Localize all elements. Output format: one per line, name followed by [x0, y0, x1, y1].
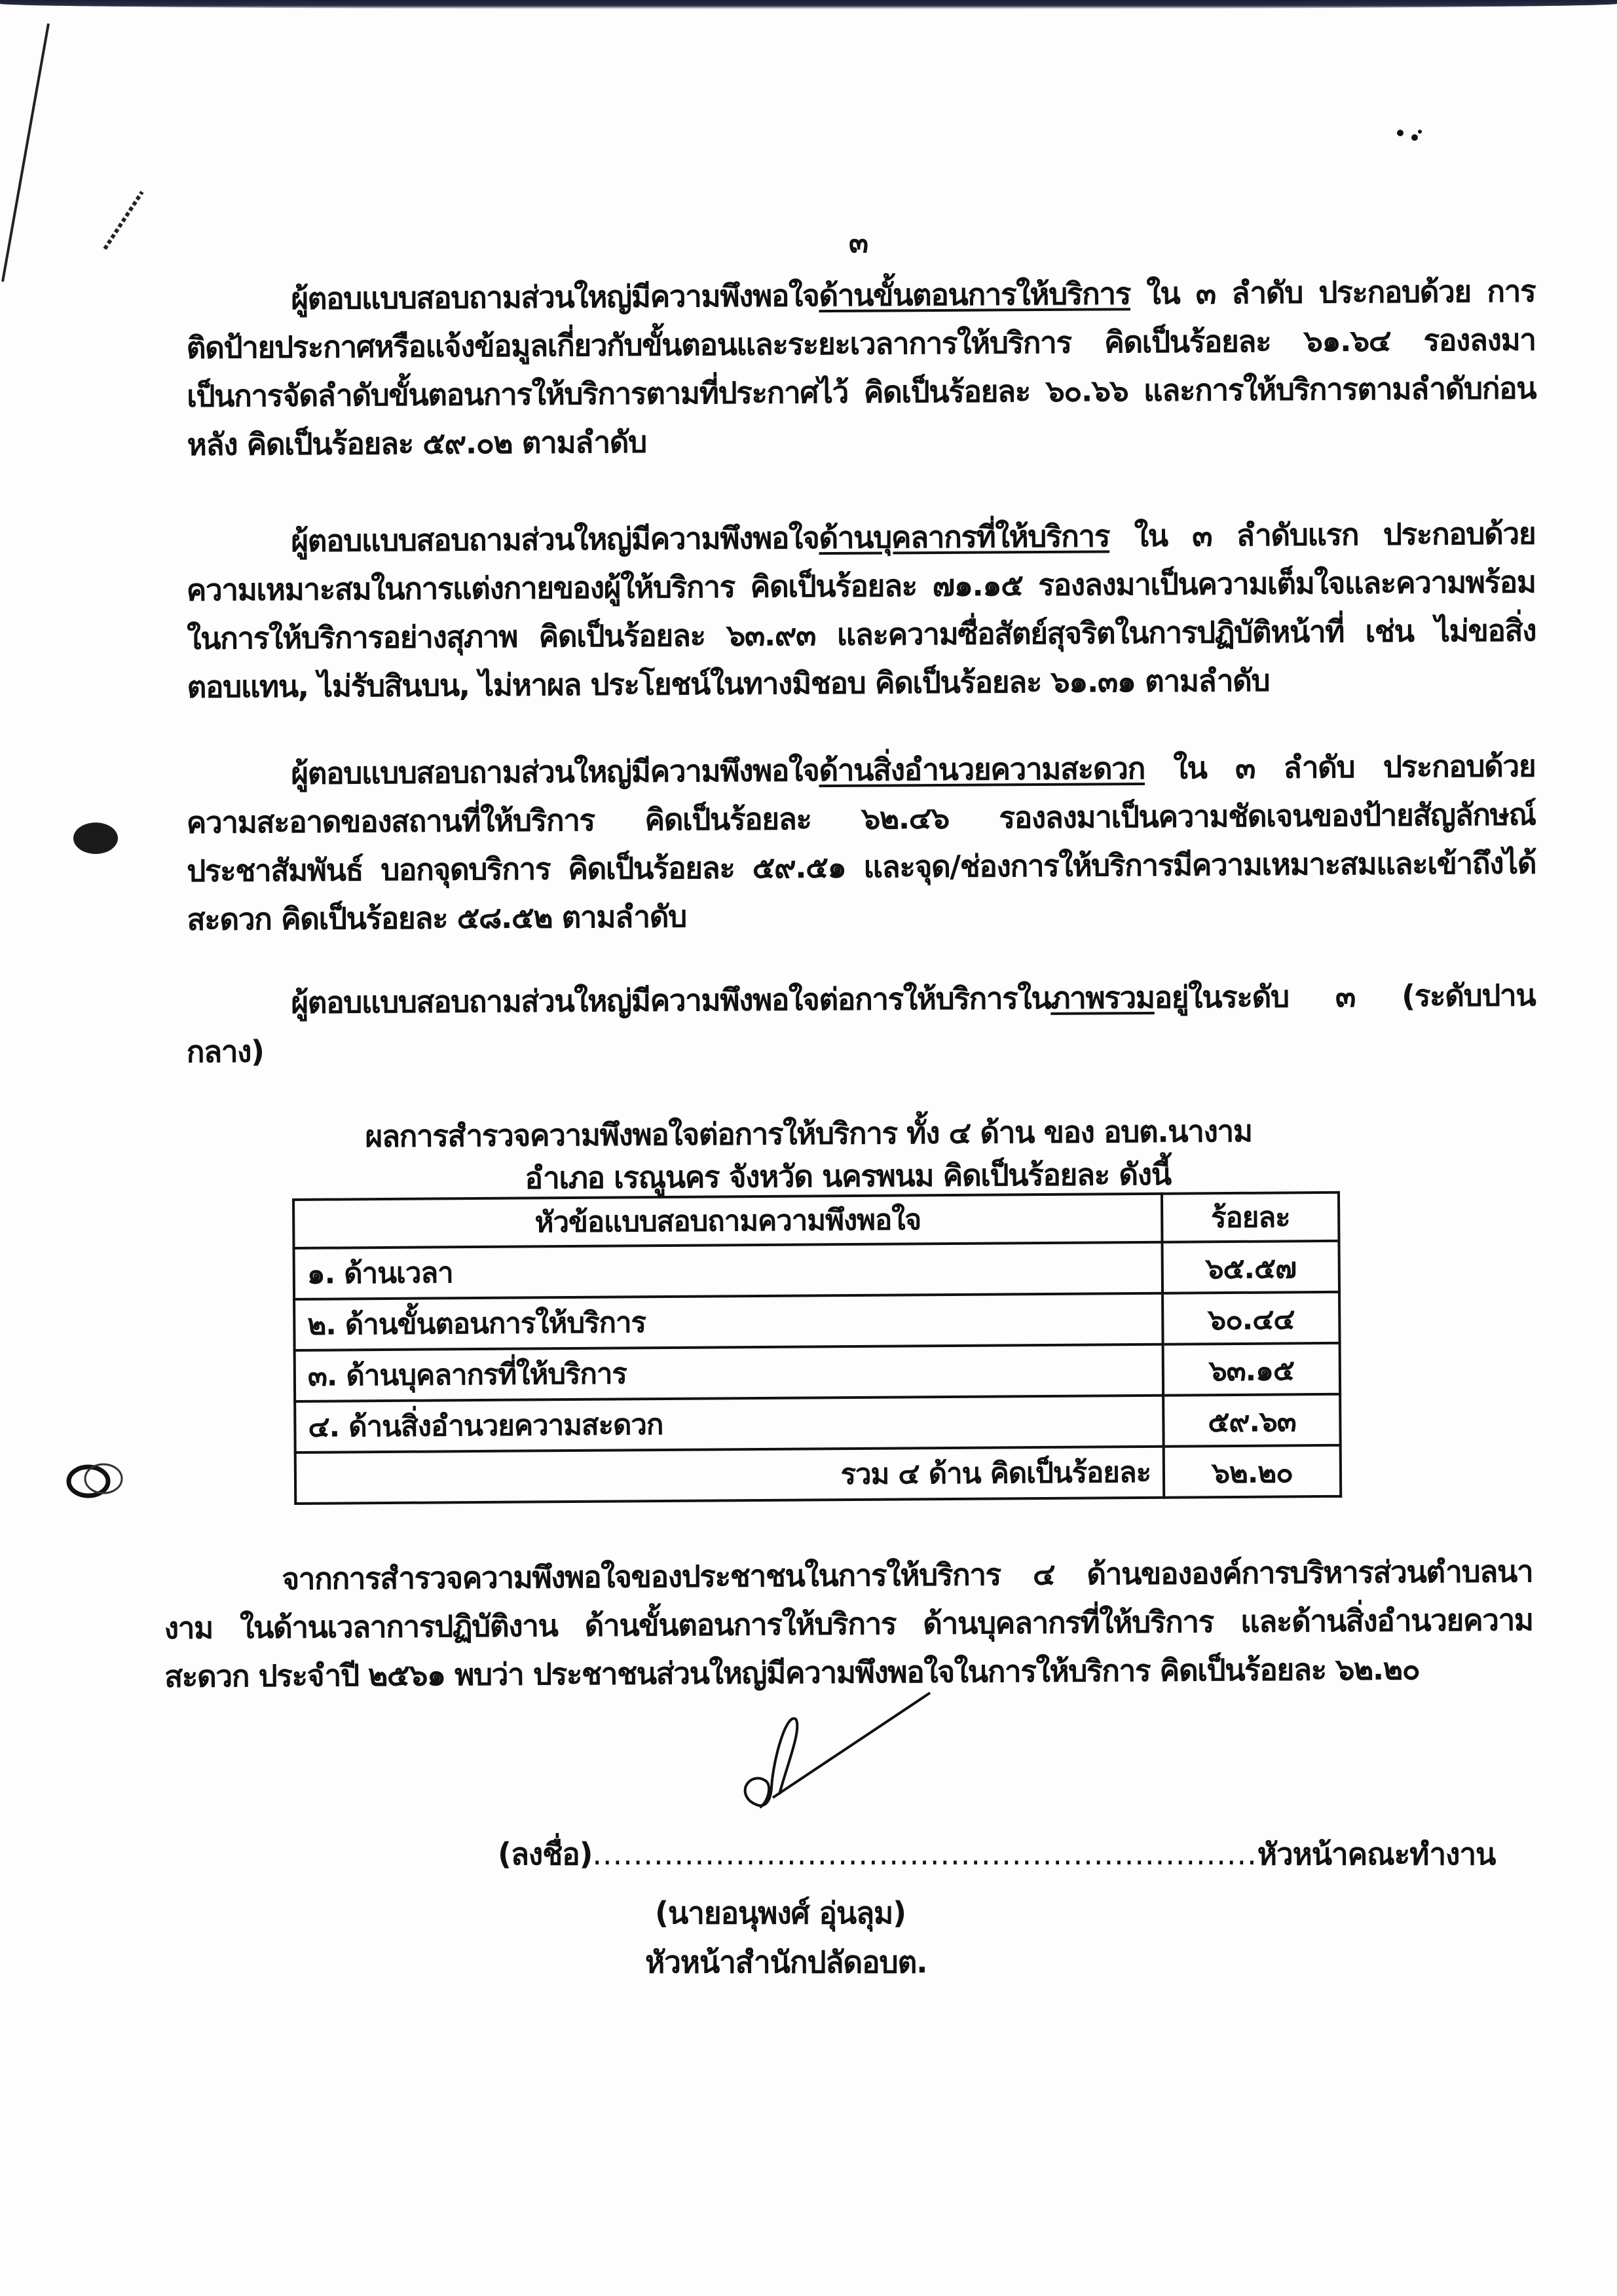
signer-name: (นายอนุพงศ์ อุ่นลุม) — [655, 1889, 906, 1937]
underlined-topic: ภาพรวม — [1050, 980, 1155, 1016]
underlined-topic: ด้านขั้นตอนการให้บริการ — [819, 276, 1130, 313]
paragraph-facilities: ผู้ตอบแบบสอบถามส่วนใหญ่มีความพึงพอใจด้าน… — [186, 741, 1536, 944]
satisfaction-table: หัวข้อแบบสอบถามความพึงพอใจ ร้อยละ ๑. ด้า… — [292, 1191, 1342, 1505]
row-value: ๖๓.๑๕ — [1163, 1343, 1341, 1396]
signer-position: หัวหน้าสำนักปลัดอบต. — [645, 1938, 927, 1986]
table-row: ๑. ด้านเวลา ๖๕.๕๗ — [294, 1241, 1340, 1299]
paragraph-conclusion: จากการสำรวจความพึงพอใจของประชาชนในการให้… — [164, 1547, 1533, 1701]
signature-line: (ลงชื่อ)................................… — [498, 1830, 1495, 1878]
handwritten-signature — [688, 1690, 937, 1821]
total-value: ๖๒.๒๐ — [1164, 1445, 1341, 1498]
underlined-topic: ด้านบุคลากรที่ให้บริการ — [819, 518, 1109, 555]
row-value: ๖๐.๔๔ — [1162, 1292, 1340, 1344]
table-row: ๓. ด้านบุคลากรที่ให้บริการ ๖๓.๑๕ — [295, 1343, 1341, 1401]
row-value: ๕๙.๖๓ — [1163, 1394, 1341, 1447]
row-label: ๓. ด้านบุคลากรที่ให้บริการ — [295, 1344, 1164, 1401]
header-topic: หัวข้อแบบสอบถามความพึงพอใจ — [293, 1194, 1162, 1248]
total-label: รวม ๔ ด้าน คิดเป็นร้อยละ — [295, 1447, 1164, 1504]
header-percent: ร้อยละ — [1162, 1193, 1339, 1242]
document-page: ๓ ผู้ตอบแบบสอบถามส่วนใหญ่มีความพึงพอใจด้… — [0, 0, 1617, 2296]
table-row: ๔. ด้านสิ่งอำนวยความสะดวก ๕๙.๖๓ — [295, 1394, 1341, 1453]
paragraph-procedure: ผู้ตอบแบบสอบถามส่วนใหญ่มีความพึงพอใจด้าน… — [186, 267, 1536, 469]
row-label: ๒. ด้านขั้นตอนการให้บริการ — [294, 1293, 1163, 1350]
table-total-row: รวม ๔ ด้าน คิดเป็นร้อยละ ๖๒.๒๐ — [295, 1445, 1341, 1504]
row-label: ๔. ด้านสิ่งอำนวยความสะดวก — [295, 1396, 1164, 1453]
paragraph-personnel: ผู้ตอบแบบสอบถามส่วนใหญ่มีความพึงพอใจด้าน… — [186, 509, 1536, 711]
table-row: ๒. ด้านขั้นตอนการให้บริการ ๖๐.๔๔ — [294, 1292, 1340, 1350]
row-value: ๖๕.๕๗ — [1162, 1241, 1339, 1293]
paragraph-overall: ผู้ตอบแบบสอบถามส่วนใหญ่มีความพึงพอใจต่อก… — [186, 971, 1536, 1076]
signer-role: หัวหน้าคณะทำงาน — [1257, 1836, 1495, 1872]
table-header-row: หัวข้อแบบสอบถามความพึงพอใจ ร้อยละ — [293, 1193, 1339, 1248]
underlined-topic: ด้านสิ่งอำนวยความสะดวก — [819, 750, 1145, 788]
page-number: ๓ — [849, 219, 868, 265]
row-label: ๑. ด้านเวลา — [294, 1242, 1163, 1299]
